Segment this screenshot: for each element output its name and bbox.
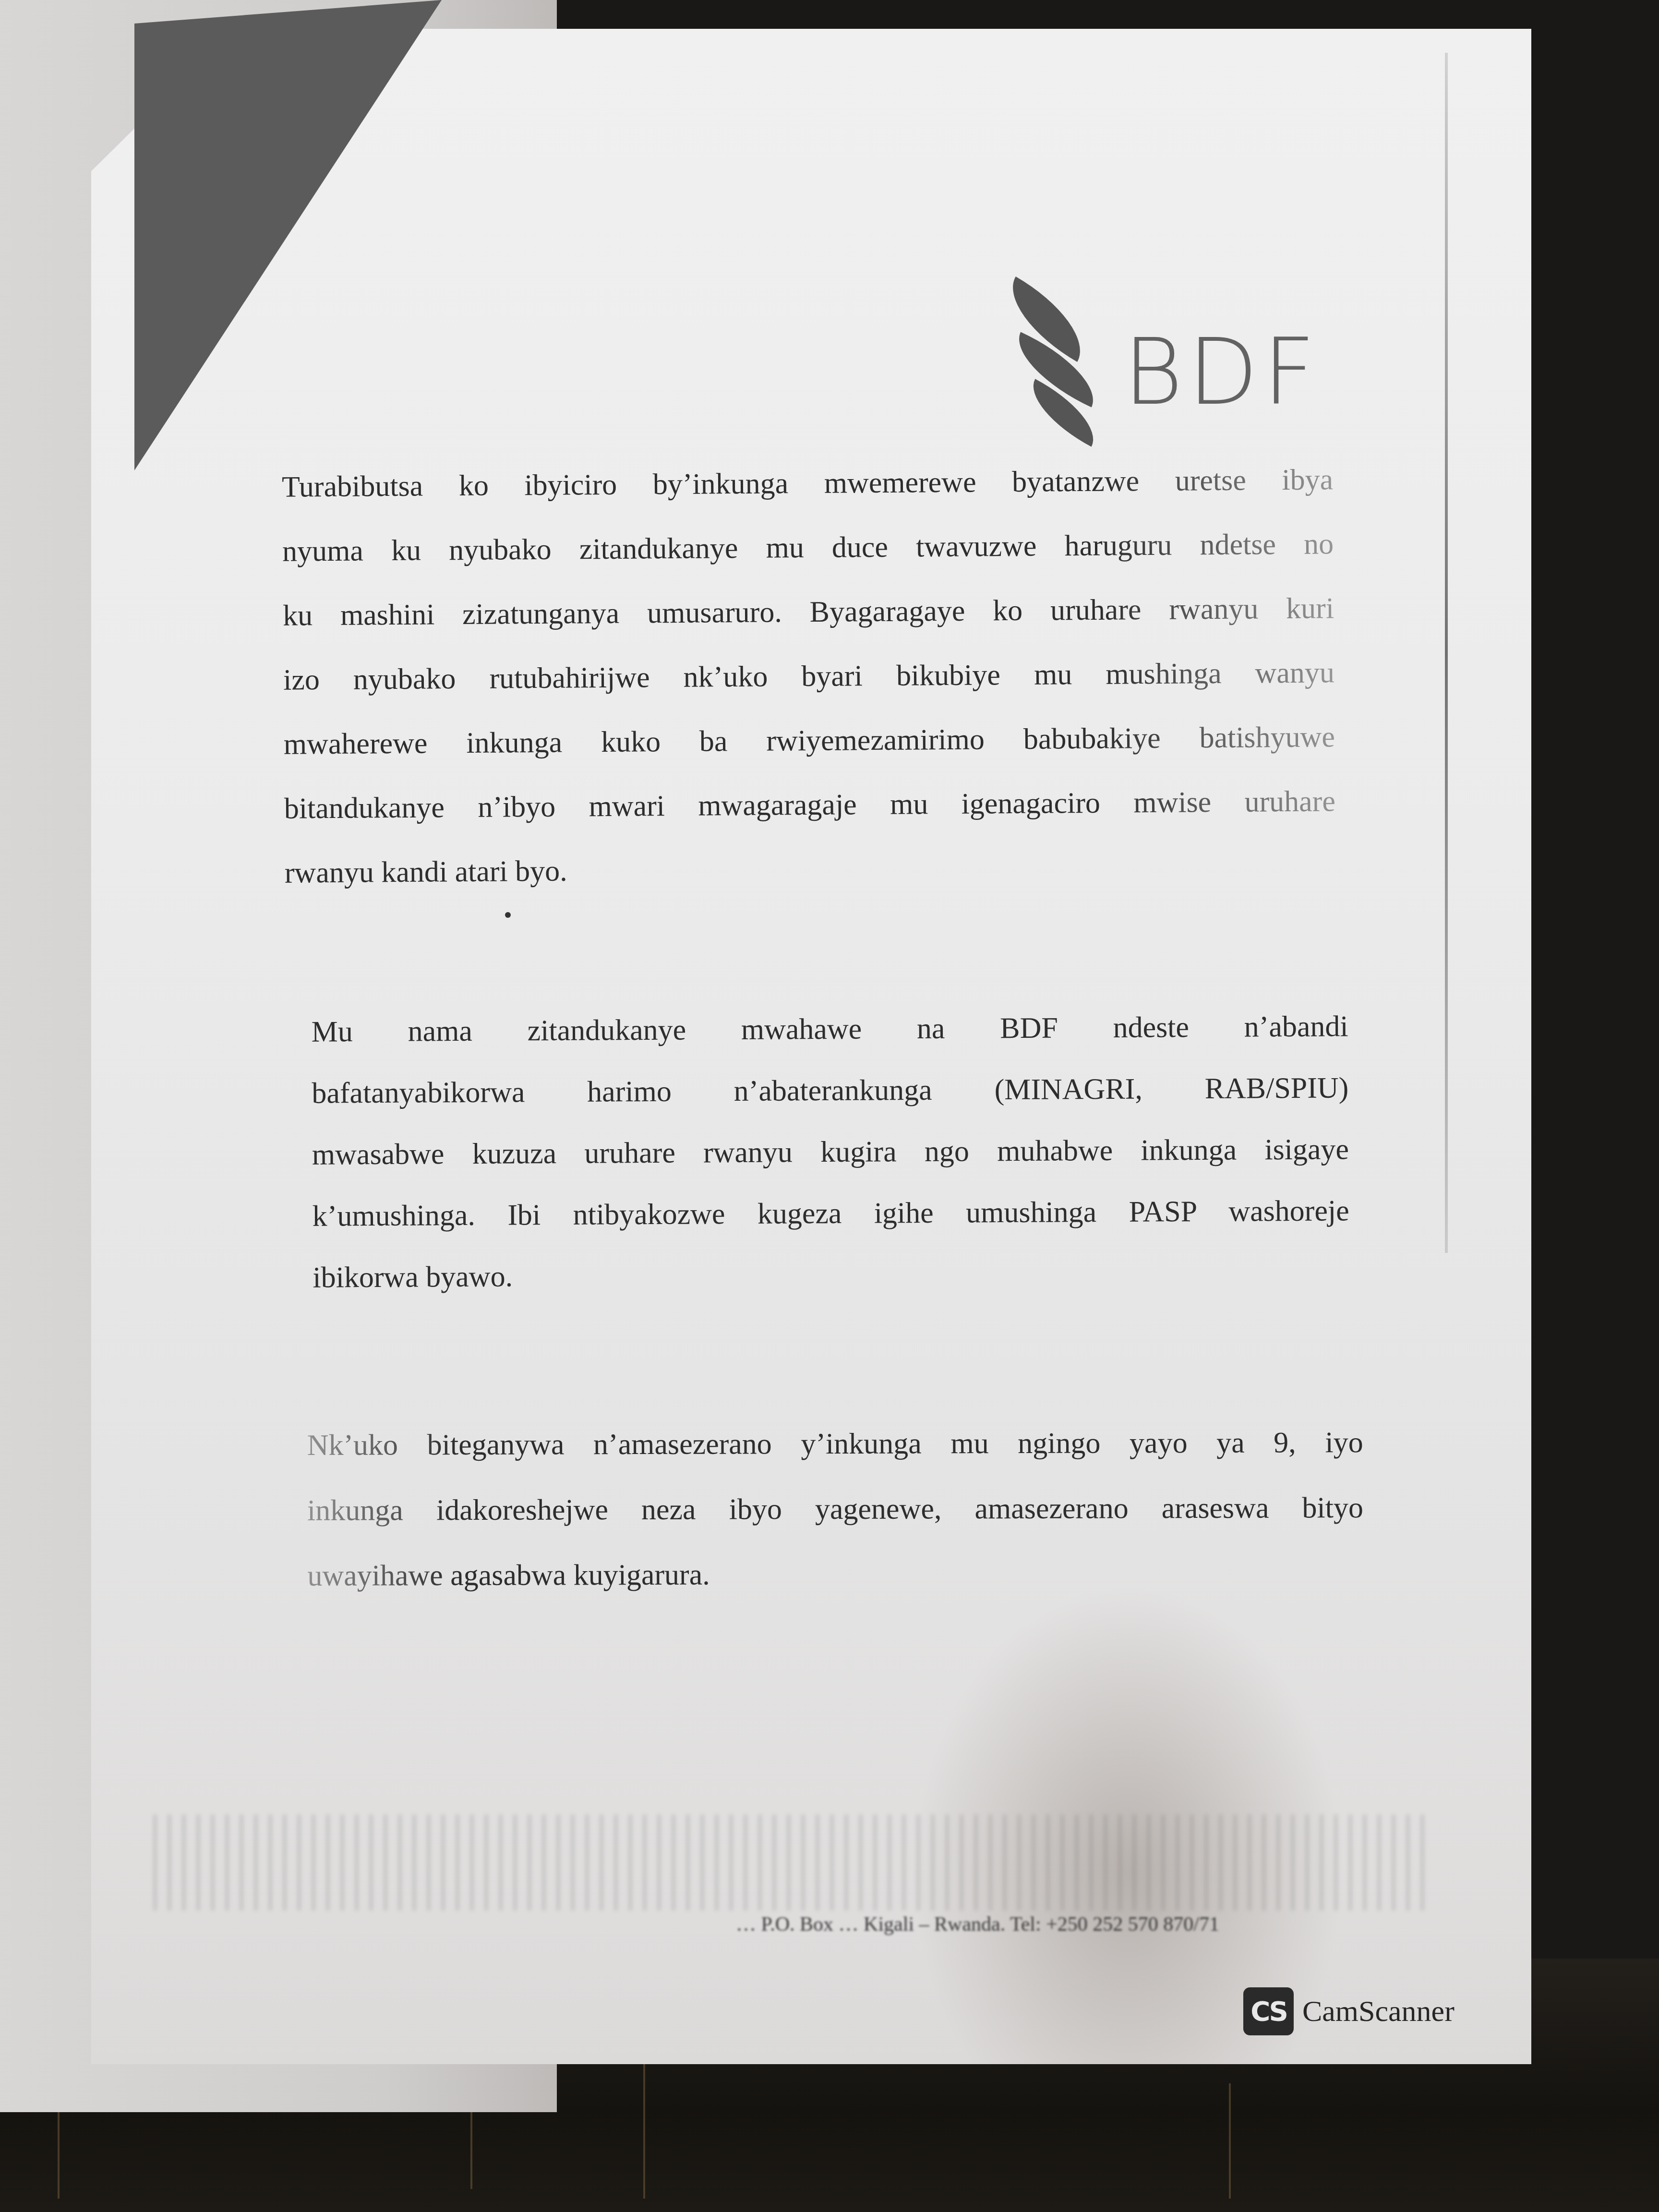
paragraph-2: Mu nama zitandukanye mwahawe na BDF ndes… (311, 996, 1349, 1308)
text-line: rwanyu kandi atari byo. (284, 833, 1336, 905)
bdf-logo: BDF (989, 293, 1363, 451)
text-line: Turabibutsa ko ibyiciro by’inkunga mweme… (282, 447, 1334, 519)
marble-vein (1229, 2083, 1231, 2199)
paragraph-3: Nk’uko biteganywa n’amasezerano y’inkung… (307, 1410, 1363, 1609)
text-line: mwasabwe kuzuza uruhare rwanyu kugira ng… (312, 1118, 1349, 1185)
text-line: uwayihawe agasabwa kuyigarura. (307, 1540, 1363, 1609)
text-line: k’umushinga. Ibi ntibyakozwe kugeza igih… (312, 1180, 1349, 1247)
paragraph-1: Turabibutsa ko ibyiciro by’inkunga mweme… (282, 447, 1336, 905)
speck (505, 912, 511, 918)
text-line: ku mashini zizatunganya umusaruro. Byaga… (283, 576, 1334, 648)
text-line: inkunga idakoreshejwe neza ibyo yagenewe… (307, 1475, 1363, 1543)
page-edge-line (1445, 53, 1448, 1253)
text-line: bitandukanye n’ibyo mwari mwagaragaje mu… (284, 769, 1335, 841)
camscanner-label: CamScanner (1302, 1995, 1455, 2029)
logo-text: BDF (1123, 319, 1320, 425)
text-line: nyuma ku nyubako zitandukanye mu duce tw… (282, 512, 1334, 583)
text-line: Nk’uko biteganywa n’amasezerano y’inkung… (307, 1410, 1363, 1478)
text-line: ibikorwa byawo. (313, 1241, 1350, 1308)
text-line: izo nyubako rutubahirijwe nk’uko byari b… (283, 640, 1335, 712)
marble-vein (643, 2055, 645, 2199)
camscanner-watermark: CS CamScanner (1243, 1987, 1455, 2035)
text-line: mwaherewe inkunga kuko ba rwiyemezamirim… (283, 705, 1335, 776)
leaf-icon (989, 293, 1114, 451)
text-line: bafatanyabikorwa harimo n’abaterankunga … (312, 1057, 1349, 1124)
footer-blurred-block (154, 1815, 1426, 1911)
text-line: Mu nama zitandukanye mwahawe na BDF ndes… (311, 996, 1348, 1062)
footer-address: … P.O. Box … Kigali – Rwanda. Tel: +250 … (307, 1913, 1219, 1936)
camscanner-logo-icon: CS (1243, 1987, 1294, 2035)
